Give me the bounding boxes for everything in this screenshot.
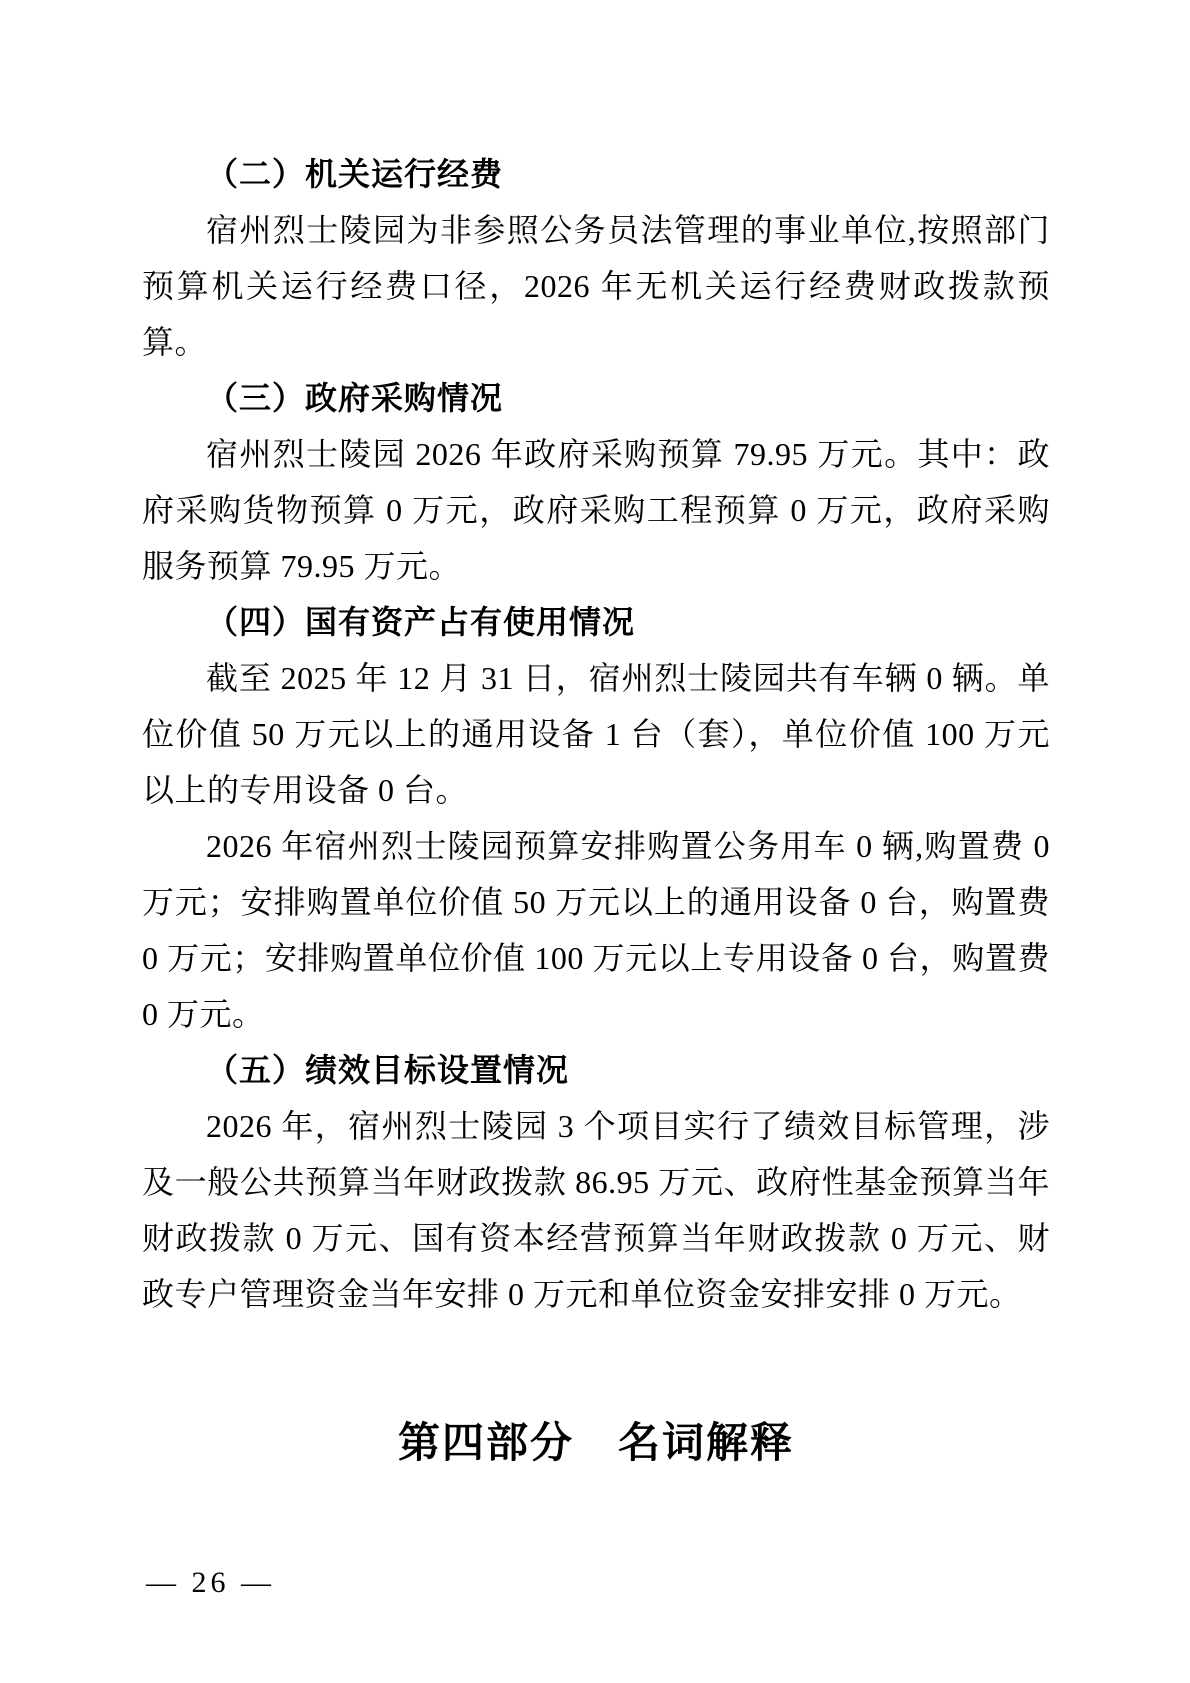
paragraph-agency-operating-funds: 宿州烈士陵园为非参照公务员法管理的事业单位,按照部门预算机关运行经费口径，202… bbox=[142, 202, 1050, 370]
paragraph-state-assets-planned: 2026 年宿州烈士陵园预算安排购置公务用车 0 辆,购置费 0 万元；安排购置… bbox=[142, 818, 1050, 1042]
paragraph-government-procurement: 宿州烈士陵园 2026 年政府采购预算 79.95 万元。其中：政府采购货物预算… bbox=[142, 426, 1050, 594]
subsection-heading-5: （五）绩效目标设置情况 bbox=[142, 1042, 1050, 1098]
page-number: — 26 — bbox=[146, 1566, 275, 1600]
part-four-heading: 第四部分 名词解释 bbox=[142, 1414, 1050, 1474]
subsection-heading-2: （二）机关运行经费 bbox=[142, 146, 1050, 202]
paragraph-performance-targets: 2026 年，宿州烈士陵园 3 个项目实行了绩效目标管理，涉及一般公共预算当年财… bbox=[142, 1098, 1050, 1322]
subsection-heading-4: （四）国有资产占有使用情况 bbox=[142, 594, 1050, 650]
document-body: （二）机关运行经费 宿州烈士陵园为非参照公务员法管理的事业单位,按照部门预算机关… bbox=[142, 146, 1050, 1474]
document-page: （二）机关运行经费 宿州烈士陵园为非参照公务员法管理的事业单位,按照部门预算机关… bbox=[0, 0, 1190, 1683]
subsection-heading-3: （三）政府采购情况 bbox=[142, 370, 1050, 426]
paragraph-state-assets-current: 截至 2025 年 12 月 31 日，宿州烈士陵园共有车辆 0 辆。单位价值 … bbox=[142, 650, 1050, 818]
